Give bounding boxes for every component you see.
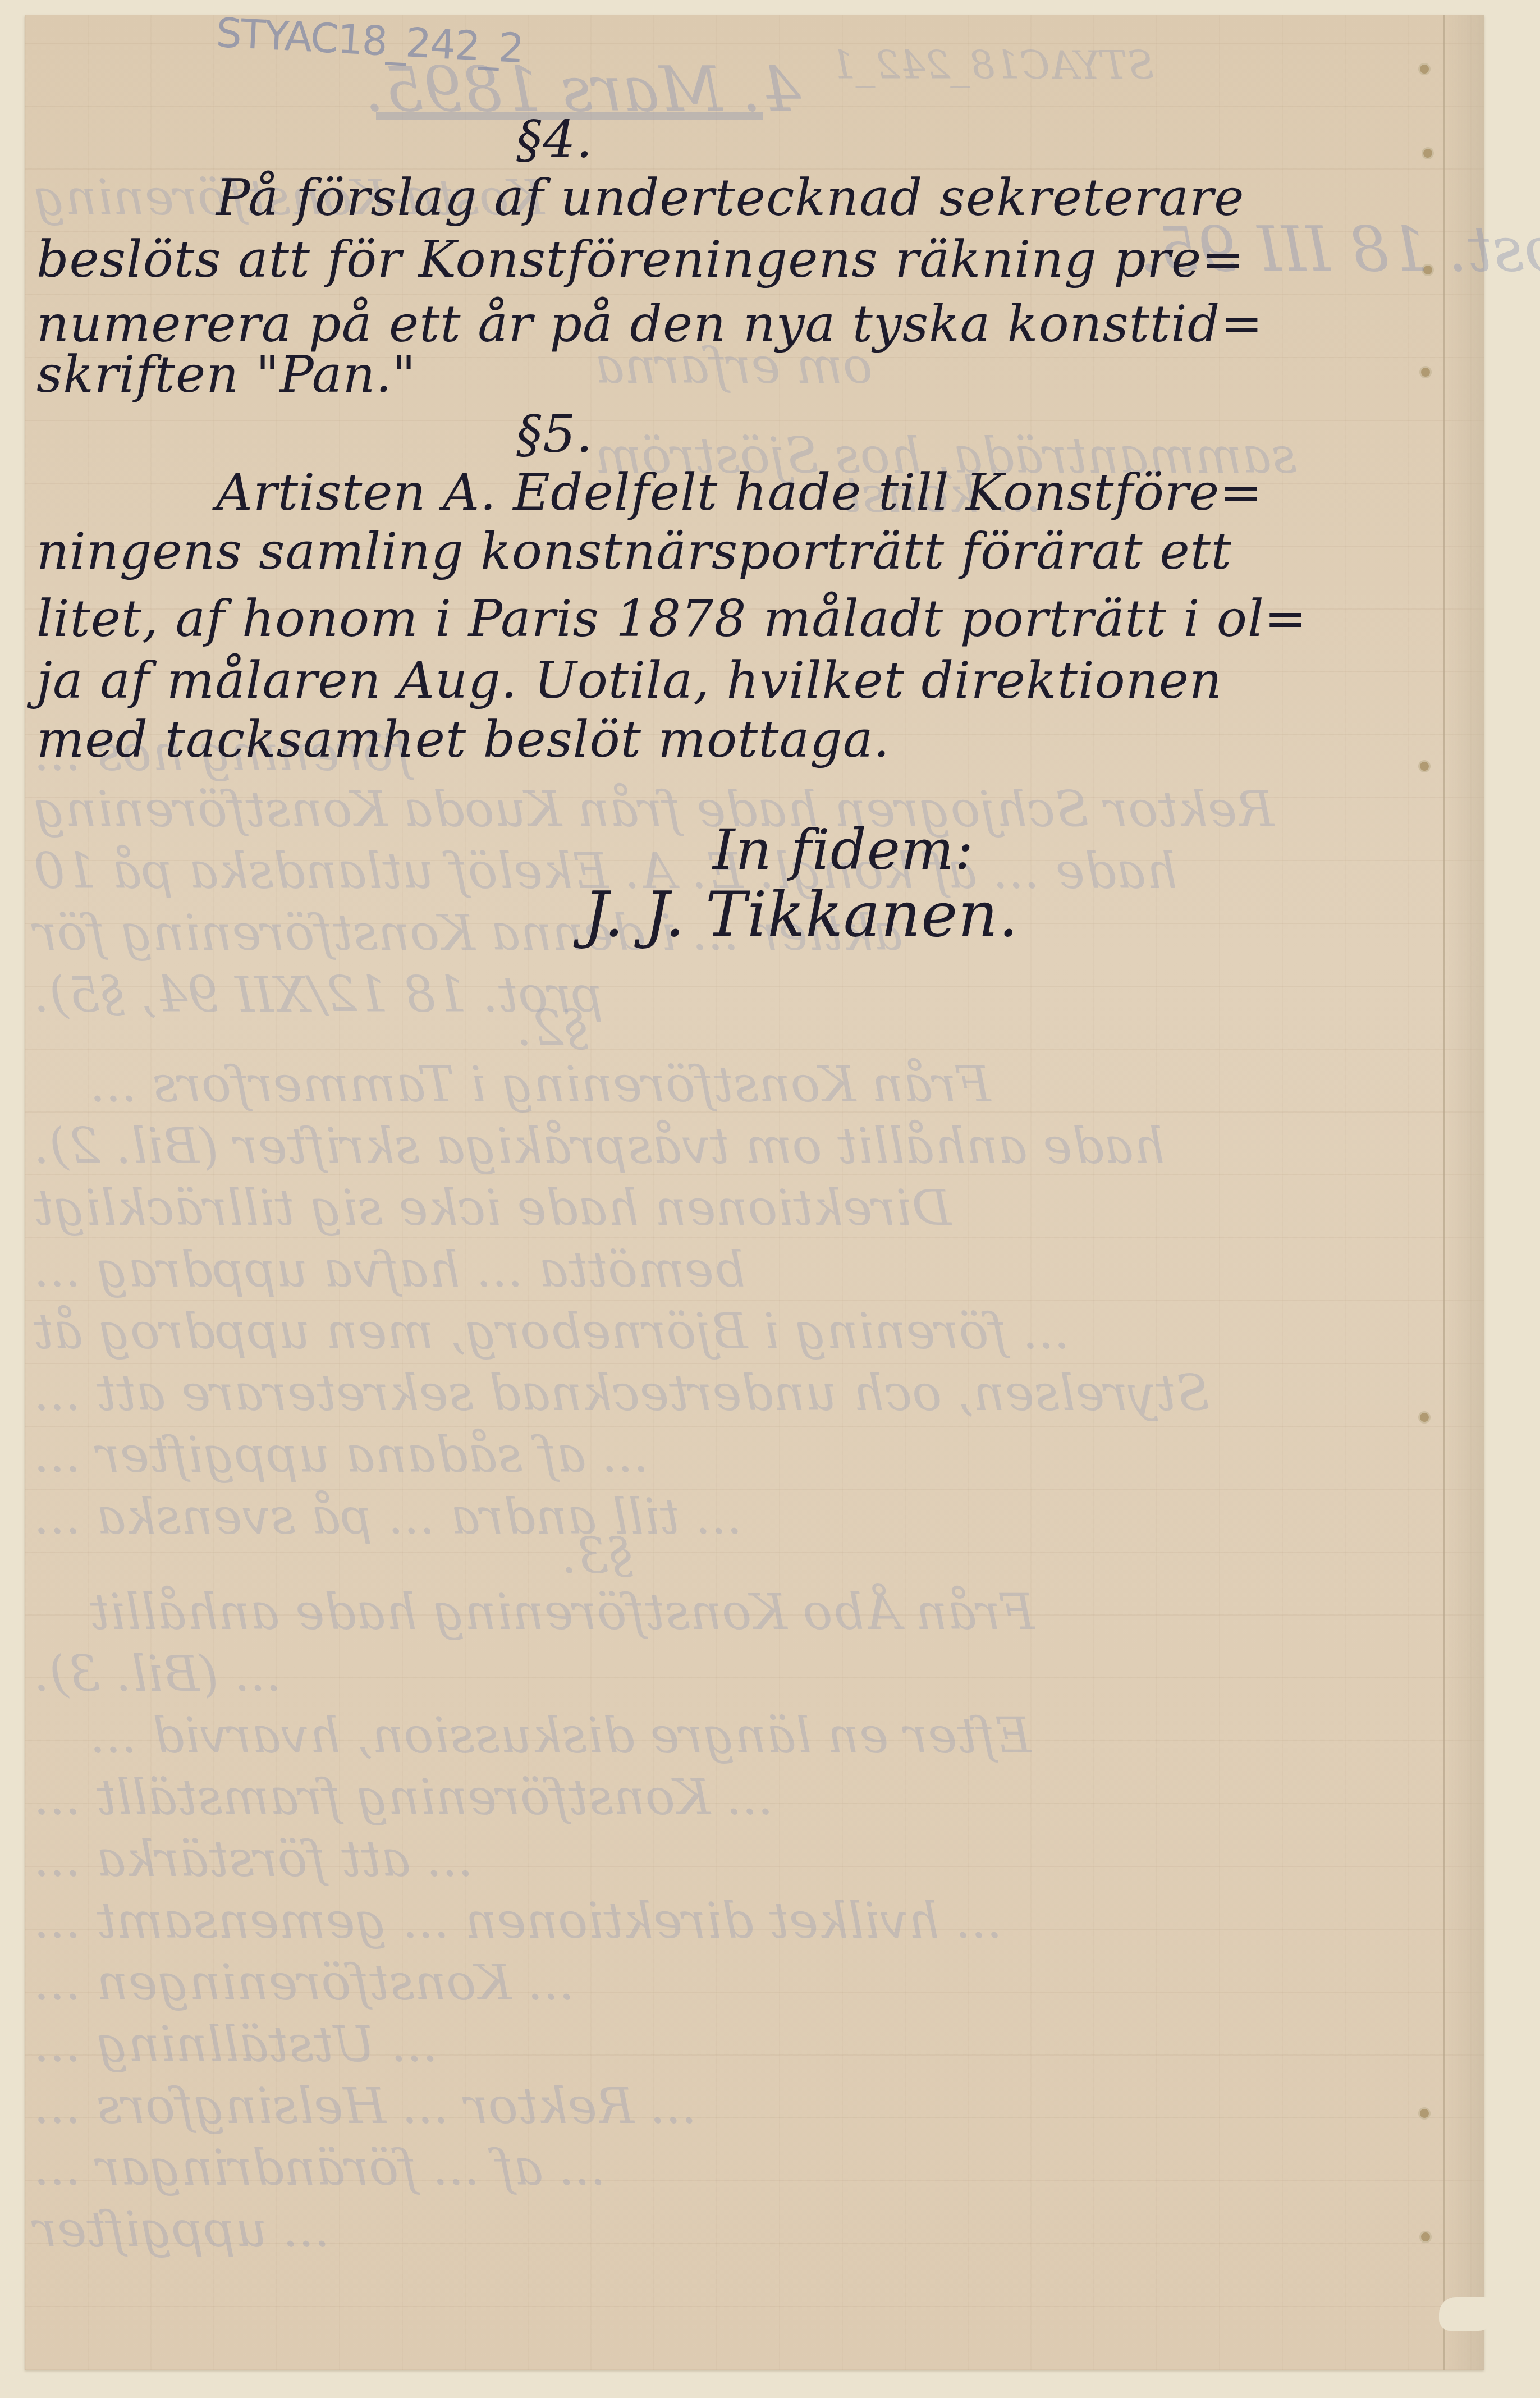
show-through-line: Efter en längre diskussion, hvarvid ...	[90, 1706, 1031, 1764]
show-through-line: Direktionen hade icke sig tillräckligt	[34, 1179, 951, 1237]
torn-corner	[1439, 2297, 1495, 2331]
section-4-line-2: beslöts att för Konstföreningens räkning…	[36, 230, 1245, 289]
section-5-line-5: med tacksamhet beslöt mottaga.	[36, 710, 890, 769]
signature-attest: In fidem:	[713, 817, 974, 882]
signature-name: J. J. Tikkanen.	[584, 878, 1019, 950]
section-5-line-4: ja af målaren Aug. Uotila, hvilket direk…	[36, 651, 1222, 710]
show-through-line: ... (Bil. 3).	[34, 1645, 281, 1703]
show-through-archive-id: STYAC18_242_1	[831, 42, 1154, 88]
section-4-heading: §4.	[516, 109, 593, 170]
show-through-line: ... hvilket direktionen ... gemensamt ..…	[34, 1892, 1002, 1949]
binding-hole-icon	[1421, 2232, 1430, 2241]
show-through-line: ... Rektor ... Helsingfors ...	[34, 2077, 697, 2135]
show-through-line: hade anhållit om tvåspråkiga skrifter (B…	[34, 1117, 1165, 1175]
show-through-line: ... att förstärka ...	[34, 1830, 473, 1888]
show-through-line: ... Konstföreningen ...	[34, 1953, 575, 2011]
section-5-line-1: Artisten A. Edelfelt hade till Konstföre…	[216, 463, 1263, 522]
show-through-line: ... af ... förändringar ...	[34, 2139, 606, 2196]
show-through-line: ... förening i Björneborg, men uppdrog å…	[34, 1302, 1070, 1360]
section-5-heading: §5.	[516, 404, 593, 464]
binding-hole-icon	[1421, 368, 1430, 377]
section-4-line-4: skriften "Pan."	[36, 345, 416, 404]
section-4-line-1: På förslag af undertecknad sekreterare	[216, 168, 1244, 227]
show-through-line: ... till andra ... på svenska ...	[34, 1488, 742, 1545]
show-through-line: §2.	[516, 999, 588, 1057]
binding-hole-icon	[1420, 762, 1429, 771]
binding-hole-icon	[1420, 1413, 1429, 1422]
binding-strip	[1443, 15, 1484, 2370]
show-through-line: ... Konstförening framställt ...	[34, 1768, 773, 1826]
show-through-line: ... uppgifter	[34, 2200, 330, 2258]
show-through-line: Från Åbo Konstförening hade anhållit	[90, 1583, 1035, 1641]
show-through-line: ... af sådana uppgifter ...	[34, 1426, 649, 1484]
binding-hole-icon	[1423, 149, 1432, 158]
show-through-line: Styrelsen, och undertecknad sekreterare …	[34, 1364, 1210, 1422]
show-through-line: Rektor Schjogren hade från Kuoda Konstfö…	[34, 780, 1274, 838]
show-through-line: §3.	[561, 1527, 633, 1585]
section-5-line-3: litet, af honom i Paris 1878 måladt port…	[36, 589, 1307, 648]
binding-hole-icon	[1420, 2109, 1429, 2118]
show-through-line: Från Konstförening i Tammerfors ...	[90, 1055, 991, 1113]
show-through-line: bemötta ... hafva uppdrag ...	[34, 1241, 745, 1298]
show-through-line: ... Utställning ...	[34, 2015, 438, 2073]
binding-hole-icon	[1420, 65, 1429, 74]
section-5-line-2: ningens samling konstnärsporträtt förära…	[36, 522, 1232, 581]
